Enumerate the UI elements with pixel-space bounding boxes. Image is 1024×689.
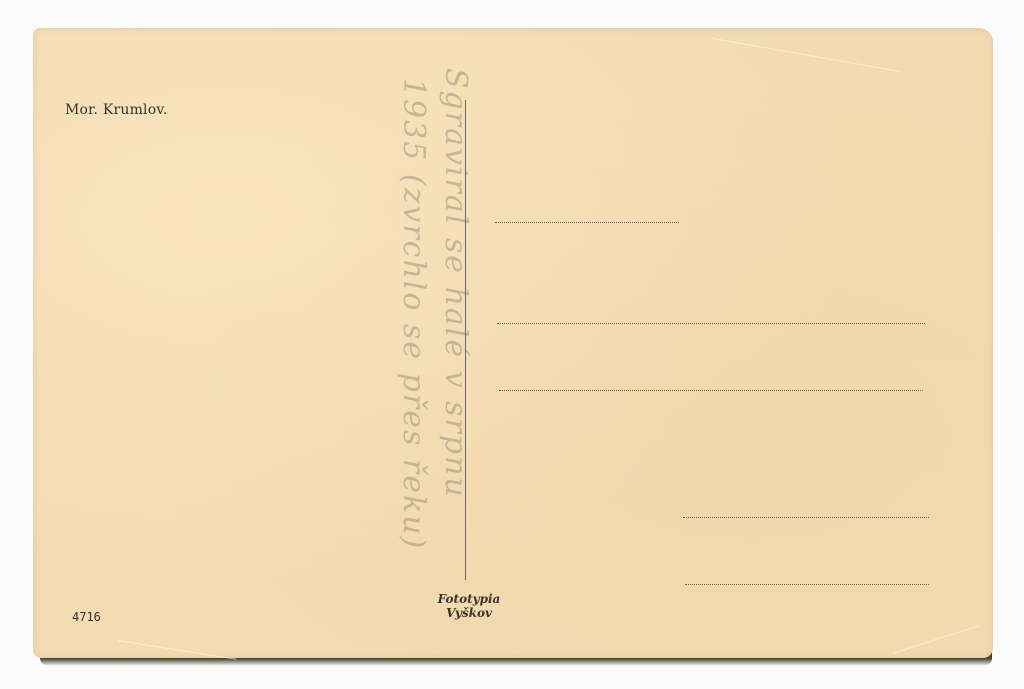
paper-crease bbox=[118, 640, 237, 660]
publisher-city: Vyškov bbox=[429, 606, 509, 620]
message-address-divider bbox=[465, 100, 466, 580]
handwriting-line-2: 1935 (zvrchlo se přes řeku) bbox=[396, 78, 431, 550]
address-line-5 bbox=[685, 584, 929, 585]
paper-crease bbox=[893, 625, 979, 654]
address-line-2 bbox=[497, 323, 925, 324]
place-title: Mor. Krumlov. bbox=[65, 102, 167, 118]
address-line-4 bbox=[683, 517, 929, 518]
paper-crease bbox=[713, 38, 900, 72]
publisher-name: Fototypia bbox=[429, 592, 509, 606]
postcard-back: Mor. Krumlov. Sgraviral se halé v srpnu … bbox=[33, 28, 993, 658]
serial-number: 4716 bbox=[72, 610, 101, 624]
handwriting-line-1: Sgraviral se halé v srpnu bbox=[438, 68, 473, 499]
address-line-3 bbox=[499, 390, 923, 391]
publisher-imprint: Fototypia Vyškov bbox=[429, 592, 509, 620]
pencil-handwriting: Sgraviral se halé v srpnu 1935 (zvrchlo … bbox=[293, 68, 493, 608]
address-line-1 bbox=[495, 222, 679, 223]
